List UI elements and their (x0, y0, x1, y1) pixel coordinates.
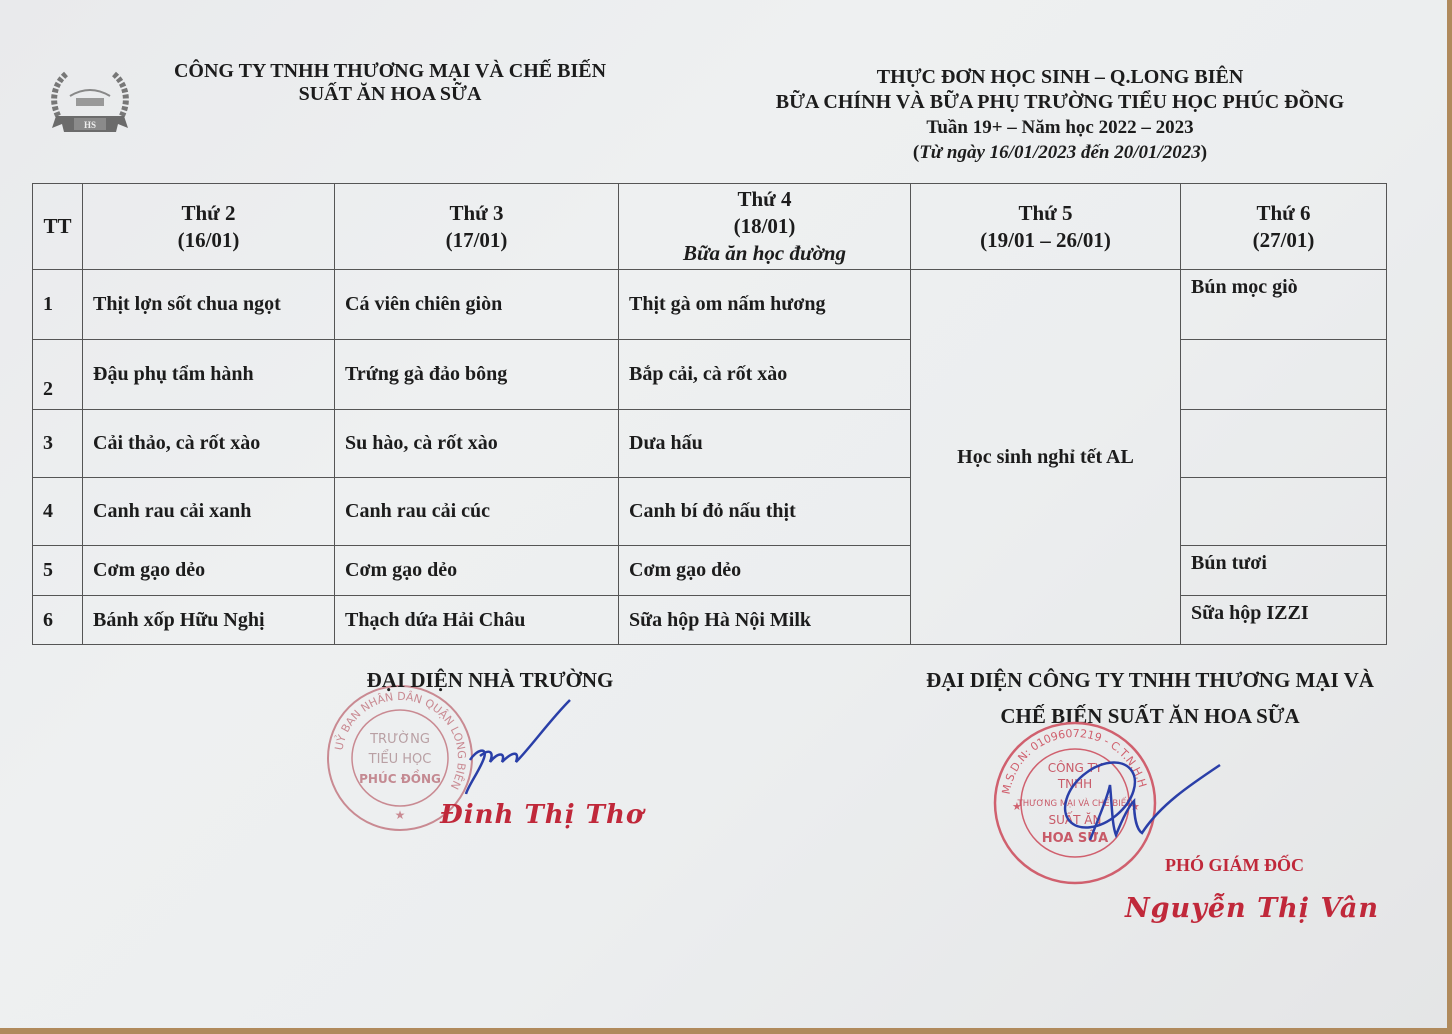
cell-thu4: Sữa hộp Hà Nội Milk (619, 596, 911, 645)
cell-thu4: Bắp cải, cà rốt xào (619, 340, 911, 410)
cell-thu3: Canh rau cải cúc (335, 478, 619, 546)
row-number: 5 (33, 546, 83, 596)
cell-thu3: Trứng gà đảo bông (335, 340, 619, 410)
cell-thu4: Dưa hấu (619, 410, 911, 478)
handwritten-signature-icon (440, 690, 580, 800)
menu-table: TT Thứ 2(16/01) Thứ 3(17/01) Thứ 4(18/01… (32, 183, 1387, 645)
cell-thu6: Bún tươi (1181, 546, 1387, 596)
row-number: 6 (33, 596, 83, 645)
svg-text:TRƯỜNG: TRƯỜNG (369, 731, 430, 747)
cell-thu2: Cơm gạo dẻo (83, 546, 335, 596)
cell-thu4: Thịt gà om nấm hương (619, 270, 911, 340)
cell-thu6 (1181, 410, 1387, 478)
table-row: 2 Đậu phụ tẩm hành Trứng gà đảo bông Bắp… (33, 340, 1387, 410)
cell-thu2: Bánh xốp Hữu Nghị (83, 596, 335, 645)
cell-thu2: Thịt lợn sốt chua ngọt (83, 270, 335, 340)
cell-thu4: Cơm gạo dẻo (619, 546, 911, 596)
table-row: 5 Cơm gạo dẻo Cơm gạo dẻo Cơm gạo dẻo Bú… (33, 546, 1387, 596)
cell-thu3: Cơm gạo dẻo (335, 546, 619, 596)
company-logo: HS (44, 66, 136, 138)
svg-text:HS: HS (84, 120, 96, 130)
company-signer-name: Nguyễn Thị Vân (1125, 893, 1379, 924)
cell-thu6 (1181, 478, 1387, 546)
company-header: CÔNG TY TNHH THƯƠNG MẠI VÀ CHẾ BIẾN SUẤT… (130, 60, 650, 106)
column-header-thu6: Thứ 6(27/01) (1181, 184, 1387, 270)
cell-thu4: Canh bí đỏ nấu thịt (619, 478, 911, 546)
cell-thu5-holiday: Học sinh nghỉ tết AL (911, 270, 1181, 645)
table-row: 6 Bánh xốp Hữu Nghị Thạch dứa Hải Châu S… (33, 596, 1387, 645)
row-number: 1 (33, 270, 83, 340)
handwritten-signature-icon (1050, 745, 1230, 855)
company-signer-title: PHÓ GIÁM ĐỐC (1165, 855, 1304, 876)
cell-thu6: Sữa hộp IZZI (1181, 596, 1387, 645)
company-signature (1050, 745, 1230, 855)
laurel-wreath-logo-icon: HS (44, 66, 136, 138)
column-header-thu3: Thứ 3(17/01) (335, 184, 619, 270)
row-number: 4 (33, 478, 83, 546)
cell-thu2: Cải thảo, cà rốt xào (83, 410, 335, 478)
svg-text:TIỂU HỌC: TIỂU HỌC (368, 750, 432, 767)
school-signer-name: Đinh Thị Thơ (440, 800, 644, 830)
menu-title-line1: THỰC ĐƠN HỌC SINH – Q.LONG BIÊN (745, 65, 1375, 90)
cell-thu3: Su hào, cà rốt xào (335, 410, 619, 478)
table-row: 3 Cải thảo, cà rốt xào Su hào, cà rốt xà… (33, 410, 1387, 478)
svg-text:★: ★ (395, 808, 406, 822)
svg-text:PHÚC ĐỒNG: PHÚC ĐỒNG (359, 769, 441, 786)
cell-thu6: Bún mọc giò (1181, 270, 1387, 340)
svg-text:★: ★ (1012, 801, 1022, 813)
document-paper: HS CÔNG TY TNHH THƯƠNG MẠI VÀ CHẾ BIẾN S… (0, 0, 1447, 1028)
column-header-thu4: Thứ 4(18/01)Bữa ăn học đường (619, 184, 911, 270)
menu-date-range: (Từ ngày 16/01/2023 đến 20/01/2023) (745, 140, 1375, 165)
column-header-thu2: Thứ 2(16/01) (83, 184, 335, 270)
cell-thu3: Thạch dứa Hải Châu (335, 596, 619, 645)
menu-week: Tuần 19+ – Năm học 2022 – 2023 (745, 115, 1375, 140)
school-signature (440, 690, 580, 800)
column-header-tt: TT (33, 184, 83, 270)
company-name-line2: SUẤT ĂN HOA SỮA (130, 83, 650, 106)
cell-thu2: Canh rau cải xanh (83, 478, 335, 546)
company-name-line1: CÔNG TY TNHH THƯƠNG MẠI VÀ CHẾ BIẾN (130, 60, 650, 83)
menu-header: THỰC ĐƠN HỌC SINH – Q.LONG BIÊN BỮA CHÍN… (745, 65, 1375, 165)
cell-thu6 (1181, 340, 1387, 410)
table-header-row: TT Thứ 2(16/01) Thứ 3(17/01) Thứ 4(18/01… (33, 184, 1387, 270)
cell-thu3: Cá viên chiên giòn (335, 270, 619, 340)
menu-title-line2: BỮA CHÍNH VÀ BỮA PHỤ TRƯỜNG TIỂU HỌC PHÚ… (745, 90, 1375, 115)
row-number: 3 (33, 410, 83, 478)
row-number: 2 (33, 340, 83, 410)
table-row: 1 Thịt lợn sốt chua ngọt Cá viên chiên g… (33, 270, 1387, 340)
table-row: 4 Canh rau cải xanh Canh rau cải cúc Can… (33, 478, 1387, 546)
cell-thu2: Đậu phụ tẩm hành (83, 340, 335, 410)
column-header-thu5: Thứ 5(19/01 – 26/01) (911, 184, 1181, 270)
